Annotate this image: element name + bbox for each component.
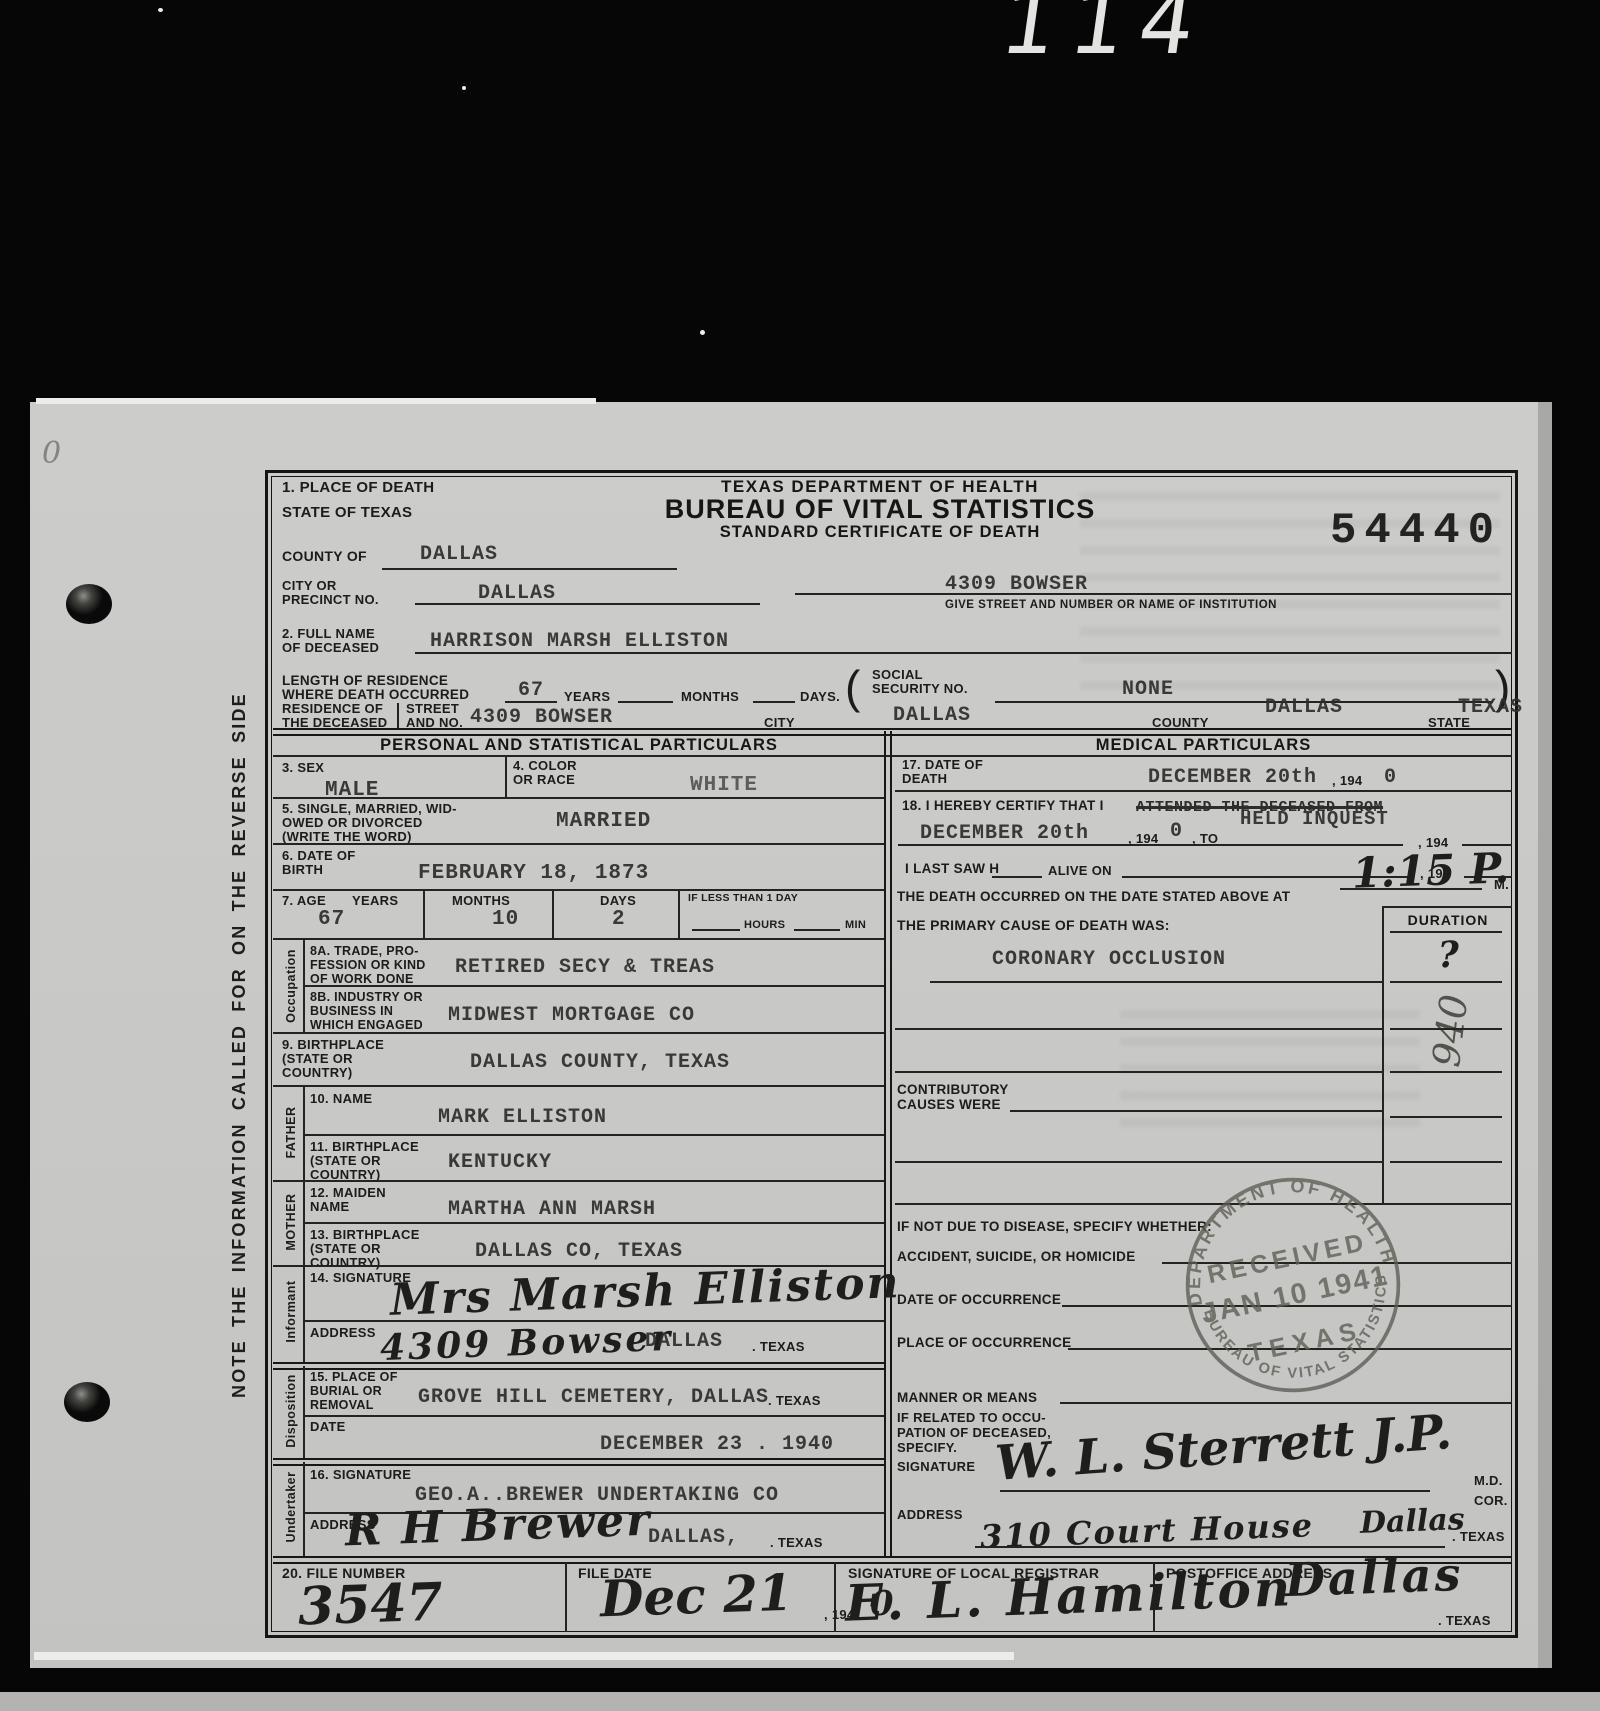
rule-line	[273, 938, 884, 940]
county2-value: DALLAS	[1265, 696, 1343, 719]
rule-line	[930, 981, 1382, 983]
personal-section-header: PERSONAL AND STATISTICAL PARTICULARS	[273, 736, 885, 755]
reverse-side-note: NOTE THE INFORMATION CALLED FOR ON THE R…	[229, 692, 250, 1398]
rule-line	[753, 701, 795, 703]
margin-mark: 0	[42, 436, 61, 471]
duration-box-border	[1382, 906, 1512, 908]
burial-date-value: DECEMBER 23 . 1940	[600, 1433, 834, 1456]
age-days-value: 2	[612, 908, 626, 931]
rule-line	[565, 1562, 567, 1632]
last-saw-label: I LAST SAW H	[905, 862, 999, 876]
rule-line	[618, 701, 673, 703]
rule-line	[678, 889, 680, 938]
medical-address-label: ADDRESS	[897, 1508, 963, 1522]
page-stack-shadow	[1538, 402, 1552, 1668]
age-min-label: MIN	[845, 919, 866, 931]
sex-label: 3. SEX	[282, 761, 324, 775]
mother-side-label: MOTHER	[284, 1182, 298, 1262]
undertaker-signature-label: 16. SIGNATURE	[310, 1468, 411, 1482]
days-label: DAYS.	[800, 690, 840, 704]
rule-line	[303, 1134, 884, 1136]
rule-line	[397, 703, 399, 729]
postoffice-value: Dallas	[1284, 1547, 1464, 1607]
rule-line	[1000, 1490, 1430, 1492]
rule-line	[995, 701, 1493, 703]
rule-line	[1390, 1116, 1502, 1118]
double-rule	[273, 1458, 884, 1466]
film-speck	[158, 8, 163, 12]
color-race-value: WHITE	[690, 774, 758, 797]
birthplace-label: 9. BIRTHPLACE (STATE OR COUNTRY)	[282, 1038, 384, 1080]
received-stamp: DEPARTMENT OF HEALTH BUREAU OF VITAL STA…	[1131, 1123, 1456, 1448]
rule-line	[1340, 888, 1482, 890]
medical-section-header: MEDICAL PARTICULARS	[895, 736, 1512, 755]
city-value: DALLAS	[478, 582, 556, 605]
burial-value: GROVE HILL CEMETERY, DALLAS	[418, 1386, 769, 1409]
informant-address-label: ADDRESS	[310, 1326, 376, 1340]
punch-hole	[64, 1382, 110, 1422]
rule-line	[303, 1462, 305, 1556]
residence-label: RESIDENCE OF THE DECEASED	[282, 702, 387, 730]
informant-address-state: . TEXAS	[752, 1340, 805, 1354]
primary-cause-value: CORONARY OCCLUSION	[992, 948, 1226, 971]
rule-line	[895, 1028, 1382, 1030]
md-label: M.D.	[1474, 1474, 1503, 1488]
rule-line	[303, 985, 884, 987]
rule-line	[1010, 1110, 1382, 1112]
street-no-label: STREET AND NO.	[406, 702, 463, 730]
rule-line	[303, 1085, 305, 1180]
rule-line	[1390, 931, 1502, 933]
microfilm-frame-number: 114	[995, 0, 1215, 74]
certificate-title: STANDARD CERTIFICATE OF DEATH	[560, 523, 1200, 542]
age-hours-label: HOURS	[744, 919, 785, 931]
informant-address-city: DALLAS	[645, 1330, 723, 1353]
date-of-death-label: 17. DATE OF DEATH	[902, 758, 983, 786]
age-years-label: YEARS	[352, 894, 398, 908]
postoffice-state: . TEXAS	[1438, 1614, 1491, 1628]
rule-line	[415, 652, 1512, 654]
film-speck	[700, 330, 705, 335]
from-year-digit: 0	[1170, 820, 1183, 843]
rule-line	[1390, 981, 1502, 983]
certificate-number: 54440	[1330, 506, 1502, 556]
rule-line	[303, 1265, 305, 1362]
held-inquest-value: HELD INQUEST	[1240, 808, 1389, 830]
dob-label: 6. DATE OF BIRTH	[282, 849, 356, 877]
age-years-value: 67	[318, 908, 345, 931]
date-of-death-value: DECEMBER 20th	[1148, 766, 1317, 789]
rule-line	[794, 929, 840, 931]
rule-line	[273, 889, 884, 891]
place-of-death-label: 1. PLACE OF DEATH	[282, 481, 434, 495]
rule-line	[692, 929, 740, 931]
mother-birthplace-value: DALLAS CO, TEXAS	[475, 1240, 683, 1263]
state2-value: TEXAS	[1458, 696, 1523, 719]
length-residence-label: LENGTH OF RESIDENCE WHERE DEATH OCCURRED	[282, 674, 469, 702]
rule-line	[273, 1180, 884, 1182]
rule-line	[1390, 1028, 1502, 1030]
birthplace-value: DALLAS COUNTY, TEXAS	[470, 1051, 730, 1074]
months-label: MONTHS	[681, 690, 739, 704]
next-page-edge	[0, 1692, 1600, 1711]
rule-line	[273, 755, 1512, 757]
trade-label: 8A. TRADE, PRO- FESSION OR KIND OF WORK …	[310, 944, 426, 986]
paren-open: (	[845, 660, 860, 714]
color-race-label: 4. COLOR OR RACE	[513, 759, 577, 787]
undertaker-address-script: R H Brewer	[344, 1495, 652, 1557]
street-caption: GIVE STREET AND NUMBER OR NAME OF INSTIT…	[945, 599, 1277, 611]
county-value: DALLAS	[420, 543, 498, 566]
rule-line	[552, 889, 554, 938]
alive-on-label: ALIVE ON	[1048, 864, 1112, 878]
double-rule	[273, 1362, 884, 1370]
ssn-value: NONE	[1122, 678, 1174, 701]
rule-line	[1390, 1071, 1502, 1073]
marital-label: 5. SINGLE, MARRIED, WID- OWED OR DIVORCE…	[282, 802, 457, 844]
rule-line	[898, 844, 1403, 846]
residence-street-value: 4309 BOWSER	[470, 706, 613, 729]
paper-top-edge	[36, 398, 596, 404]
father-name-value: MARK ELLISTON	[438, 1106, 607, 1129]
punch-hole	[66, 584, 112, 624]
length-years-value: 67	[518, 679, 544, 702]
physician-address-state: . TEXAS	[1452, 1530, 1505, 1544]
rule-line	[975, 1546, 1445, 1548]
fullname-value: HARRISON MARSH ELLISTON	[430, 630, 729, 653]
burial-date-label: DATE	[310, 1420, 346, 1434]
undertaker-city: DALLAS,	[648, 1526, 739, 1549]
place-occurrence-label: PLACE OF OCCURRENCE	[897, 1336, 1071, 1350]
age-days-label: DAYS	[600, 894, 636, 908]
medical-signature-label: SIGNATURE	[897, 1460, 975, 1474]
rule-line	[505, 701, 557, 703]
rule-line	[895, 1071, 1382, 1073]
disposition-side-label: Disposition	[284, 1366, 298, 1456]
meridiem-label: M.	[1494, 878, 1509, 892]
father-birthplace-label: 11. BIRTHPLACE (STATE OR COUNTRY)	[310, 1140, 419, 1182]
certify-from-date: DECEMBER 20th	[920, 822, 1089, 845]
undertaker-side-label: Undertaker	[284, 1462, 298, 1552]
ssn-label: SOCIAL SECURITY NO.	[872, 668, 968, 696]
double-rule	[273, 728, 1512, 736]
rule-line	[895, 790, 1512, 792]
rule-line	[795, 593, 1512, 595]
paper-bottom-edge	[34, 1652, 1014, 1660]
state-of-texas-label: STATE OF TEXAS	[282, 506, 412, 520]
industry-label: 8B. INDUSTRY OR BUSINESS IN WHICH ENGAGE…	[310, 990, 423, 1032]
fullname-label: 2. FULL NAME OF DECEASED	[282, 627, 379, 655]
marital-value: MARRIED	[556, 810, 651, 833]
rule-line	[273, 1032, 884, 1034]
rule-line	[505, 757, 507, 797]
age-label: 7. AGE	[282, 894, 326, 908]
industry-value: MIDWEST MORTGAGE CO	[448, 1004, 695, 1027]
rule-line	[382, 568, 677, 570]
film-speck	[462, 86, 466, 90]
dod-year-prefix: , 194	[1332, 774, 1362, 788]
father-name-label: 10. NAME	[310, 1092, 372, 1106]
primary-cause-label: THE PRIMARY CAUSE OF DEATH WAS:	[897, 918, 1170, 932]
column-divider	[884, 731, 892, 1556]
years-label: YEARS	[564, 690, 610, 704]
accident-label: ACCIDENT, SUICIDE, OR HOMICIDE	[897, 1250, 1136, 1264]
occupation-side-label: Occupation	[284, 940, 298, 1032]
physician-address-city: Dallas	[1359, 1502, 1465, 1541]
age-less-label: IF LESS THAN 1 DAY	[688, 892, 798, 904]
rule-line	[273, 843, 884, 845]
duration-value: ?	[1437, 934, 1460, 977]
file-number-value: 3547	[297, 1571, 444, 1637]
duration-header: DURATION	[1388, 912, 1508, 928]
age-months-value: 10	[492, 908, 519, 931]
undertaker-state: . TEXAS	[770, 1536, 823, 1550]
rule-line	[273, 797, 884, 799]
burial-label: 15. PLACE OF BURIAL OR REMOVAL	[310, 1370, 398, 1412]
bureau-title: BUREAU OF VITAL STATISTICS	[560, 494, 1200, 525]
county-label: COUNTY OF	[282, 549, 367, 563]
dod-year-digit: 0	[1384, 766, 1397, 789]
father-birthplace-value: KENTUCKY	[448, 1151, 552, 1174]
cor-label: COR.	[1474, 1494, 1508, 1508]
certify-label: 18. I HEREBY CERTIFY THAT I	[902, 799, 1104, 813]
death-occurred-label: THE DEATH OCCURRED ON THE DATE STATED AB…	[897, 890, 1290, 904]
mother-birthplace-label: 13. BIRTHPLACE (STATE OR COUNTRY)	[310, 1228, 420, 1270]
file-date-value: Dec 21	[599, 1563, 794, 1629]
rule-line	[423, 889, 425, 938]
informant-side-label: Informant	[284, 1265, 298, 1358]
trade-value: RETIRED SECY & TREAS	[455, 956, 715, 979]
city-precinct-label: CITY OR PRECINCT NO.	[282, 579, 379, 607]
dob-value: FEBRUARY 18, 1873	[418, 862, 649, 885]
microfilm-scan: 114 0 NOTE THE INFORMATION CALLED FOR ON…	[0, 0, 1600, 1711]
date-occurrence-label: DATE OF OCCURRENCE	[897, 1293, 1061, 1307]
city2-value: DALLAS	[893, 704, 971, 727]
father-side-label: FATHER	[284, 1087, 298, 1178]
rule-line	[303, 1366, 305, 1458]
age-months-label: MONTHS	[452, 894, 510, 908]
maiden-name-label: 12. MAIDEN NAME	[310, 1186, 386, 1214]
rule-line	[303, 1222, 884, 1224]
burial-state: . TEXAS	[768, 1394, 821, 1408]
rule-line	[273, 1085, 884, 1087]
rule-line	[303, 1415, 884, 1417]
contributory-label: CONTRIBUTORY CAUSES WERE	[897, 1082, 1009, 1112]
maiden-name-value: MARTHA ANN MARSH	[448, 1198, 656, 1221]
rule-line	[992, 876, 1042, 878]
rule-line	[415, 603, 760, 605]
manner-means-label: MANNER OR MEANS	[897, 1391, 1037, 1405]
